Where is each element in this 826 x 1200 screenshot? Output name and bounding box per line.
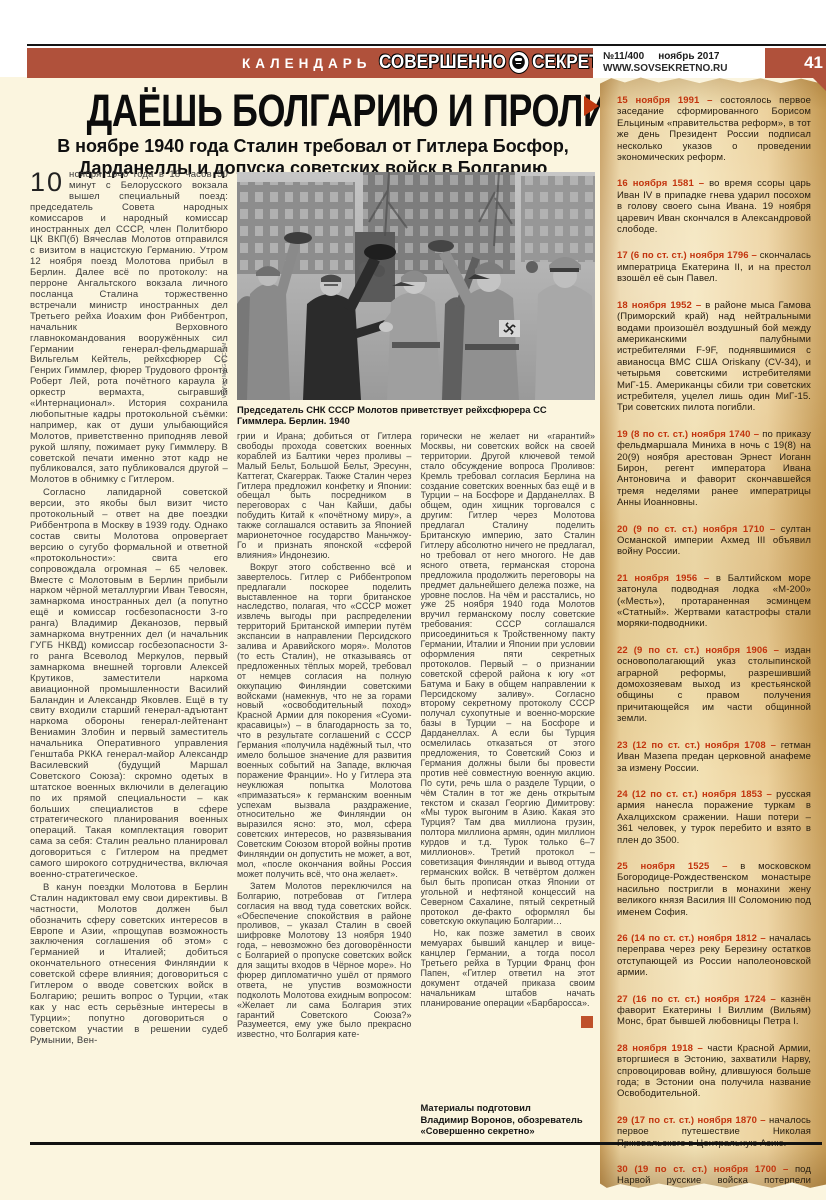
calendar-sidebar: 15 ноября 1991 – состоялось первое засед… [600, 77, 826, 1189]
paragraph: горически не желает ни «гарантий» Москвы… [421, 432, 596, 927]
event-date: 18 ноября 1952 – [617, 300, 705, 311]
column1-paragraphs: Согласно лапидарной советской версии, эт… [30, 488, 228, 1046]
paragraph: Затем Молотов переключился на Болгарию, … [237, 882, 412, 1041]
event-date: 29 (17 по ст. ст.) ноября 1870 – [617, 1115, 769, 1126]
event-date: 28 ноября 1918 – [617, 1043, 707, 1054]
article-column-1: 10ноября 1940 года в 18 часов 50 минут с… [30, 170, 228, 1143]
event-date: 25 ноября 1525 – [617, 861, 740, 872]
issue-month: ноябрь 2017 [658, 51, 719, 63]
calendar-event: 28 ноября 1918 – части Красной Армии, вт… [617, 1043, 811, 1100]
red-corner-icon [812, 77, 826, 91]
event-date: 22 (9 по ст. ст.) ноября 1906 – [617, 645, 785, 656]
issue-number: №11/400 [603, 51, 644, 63]
calendar-event: 21 ноября 1956 – в Балтийском море затон… [617, 573, 811, 630]
event-date: 20 (9 по ст. ст.) ноября 1710 – [617, 524, 781, 535]
website-url: WWW.SOVSEKRETNO.RU [603, 63, 765, 75]
sovsekretno-logo: СОВЕРШЕННО СЕКРЕТНО [379, 51, 625, 74]
calendar-event: 23 (12 по ст. ст.) ноября 1708 – гетман … [617, 740, 811, 774]
calendar-event: 26 (14 по ст. ст.) ноября 1812 – началас… [617, 933, 811, 979]
calendar-event: 16 ноября 1581 – во время ссоры царь Ива… [617, 178, 811, 235]
calendar-event: 22 (9 по ст. ст.) ноября 1906 – издан ос… [617, 645, 811, 725]
header-bar: КАЛЕНДАРЬ СОВЕРШЕННО СЕКРЕТНО №11/400 но… [27, 48, 826, 78]
event-text: издан основополагающий указ столыпинской… [617, 645, 811, 724]
photo-illustration [237, 172, 595, 400]
page-number: 41 [804, 53, 823, 73]
issue-line: №11/400 ноябрь 2017 [603, 51, 765, 63]
red-arrow-icon [584, 96, 599, 116]
logo-text-left: СОВЕРШЕННО [379, 52, 506, 74]
article-title: ДАЁШЬ БОЛГАРИЮ И ПРОЛИВЫ! [87, 85, 540, 133]
paragraph: Согласно лапидарной советской версии, эт… [30, 488, 228, 881]
event-date: 16 ноября 1581 – [617, 178, 709, 189]
event-date: 15 ноября 1991 – [617, 95, 720, 106]
credit-line: «Совершенно секретно» [421, 1125, 596, 1137]
photo-caption: Председатель СНК СССР Молотов приветству… [237, 404, 595, 426]
event-date: 26 (14 по ст. ст.) ноября 1812 – [617, 933, 769, 944]
drop-cap: 10 [30, 170, 69, 192]
column3-paragraphs: горически не желает ни «гарантий» Москвы… [421, 432, 596, 1011]
author-credit: Материалы подготовилВладимир Воронов, об… [421, 1102, 596, 1140]
event-date: 24 (12 по ст. ст.) ноября 1853 – [617, 789, 776, 800]
event-date: 27 (16 по ст. ст.) ноября 1724 – [617, 994, 781, 1005]
event-date: 23 (12 по ст. ст.) ноября 1708 – [617, 740, 781, 751]
lead-paragraph: 10ноября 1940 года в 18 часов 50 минут с… [30, 170, 228, 486]
article-column-3: горически не желает ни «гарантий» Москвы… [421, 432, 596, 1140]
calendar-events: 15 ноября 1991 – состоялось первое засед… [617, 95, 811, 1198]
bottom-rule [30, 1142, 822, 1145]
paragraph: В канун поездки Молотова в Берлин Сталин… [30, 883, 228, 1047]
calendar-event: 18 ноября 1952 – в районе мыса Гамова (П… [617, 300, 811, 414]
event-date: 17 (6 по ст. ст.) ноября 1796 – [617, 250, 760, 261]
calendar-event: 24 (12 по ст. ст.) ноября 1853 – русская… [617, 789, 811, 846]
article-column-2: грии и Ирана; добиться от Гитлера свобод… [237, 432, 412, 1140]
calendar-event: 20 (9 по ст. ст.) ноября 1710 – султан О… [617, 524, 811, 558]
column2-paragraphs: грии и Ирана; добиться от Гитлера свобод… [237, 432, 412, 1040]
calendar-event: 15 ноября 1991 – состоялось первое засед… [617, 95, 811, 163]
paragraph-text: ноября 1940 года в 18 часов 50 минут с Б… [30, 170, 228, 485]
photo-credit: WWW.IMAGO.COM [222, 342, 228, 398]
end-of-article-marker [581, 1016, 593, 1028]
calendar-event: 17 (6 по ст. ст.) ноября 1796 – скончала… [617, 250, 811, 284]
article-photo: WWW.IMAGO.COM [237, 172, 595, 400]
credit-line: Материалы подготовил [421, 1102, 596, 1114]
paragraph: Вокруг этого собственно всё и завертелос… [237, 563, 412, 880]
event-text: по приказу фельдмаршала Миниха в ночь с … [617, 429, 811, 508]
event-date: 19 (8 по ст. ст.) ноября 1740 – [617, 429, 762, 440]
top-rule [27, 44, 826, 46]
paragraph: Но, как позже заметил в своих мемуарах б… [421, 929, 596, 1008]
calendar-event: 27 (16 по ст. ст.) ноября 1724 – казнён … [617, 994, 811, 1028]
event-date: 30 (19 по ст. ст.) ноября 1700 – [617, 1164, 795, 1175]
event-date: 21 ноября 1956 – [617, 573, 716, 584]
calendar-event: 19 (8 по ст. ст.) ноября 1740 – по прика… [617, 429, 811, 509]
text-columns: грии и Ирана; добиться от Гитлера свобод… [237, 432, 595, 1140]
issue-box: №11/400 ноябрь 2017 WWW.SOVSEKRETNO.RU [593, 48, 765, 78]
logo-emblem-icon [509, 51, 530, 74]
paragraph: грии и Ирана; добиться от Гитлера свобод… [237, 432, 412, 561]
calendar-event: 25 ноября 1525 – в московском Богородице… [617, 861, 811, 918]
event-text: в районе мыса Гамова (Приморский край) н… [617, 300, 811, 414]
article-right-block: WWW.IMAGO.COM Председатель СНК СССР Моло… [237, 172, 595, 1145]
section-label: КАЛЕНДАРЬ [242, 56, 371, 71]
credit-line: Владимир Воронов, обозреватель [421, 1114, 596, 1126]
